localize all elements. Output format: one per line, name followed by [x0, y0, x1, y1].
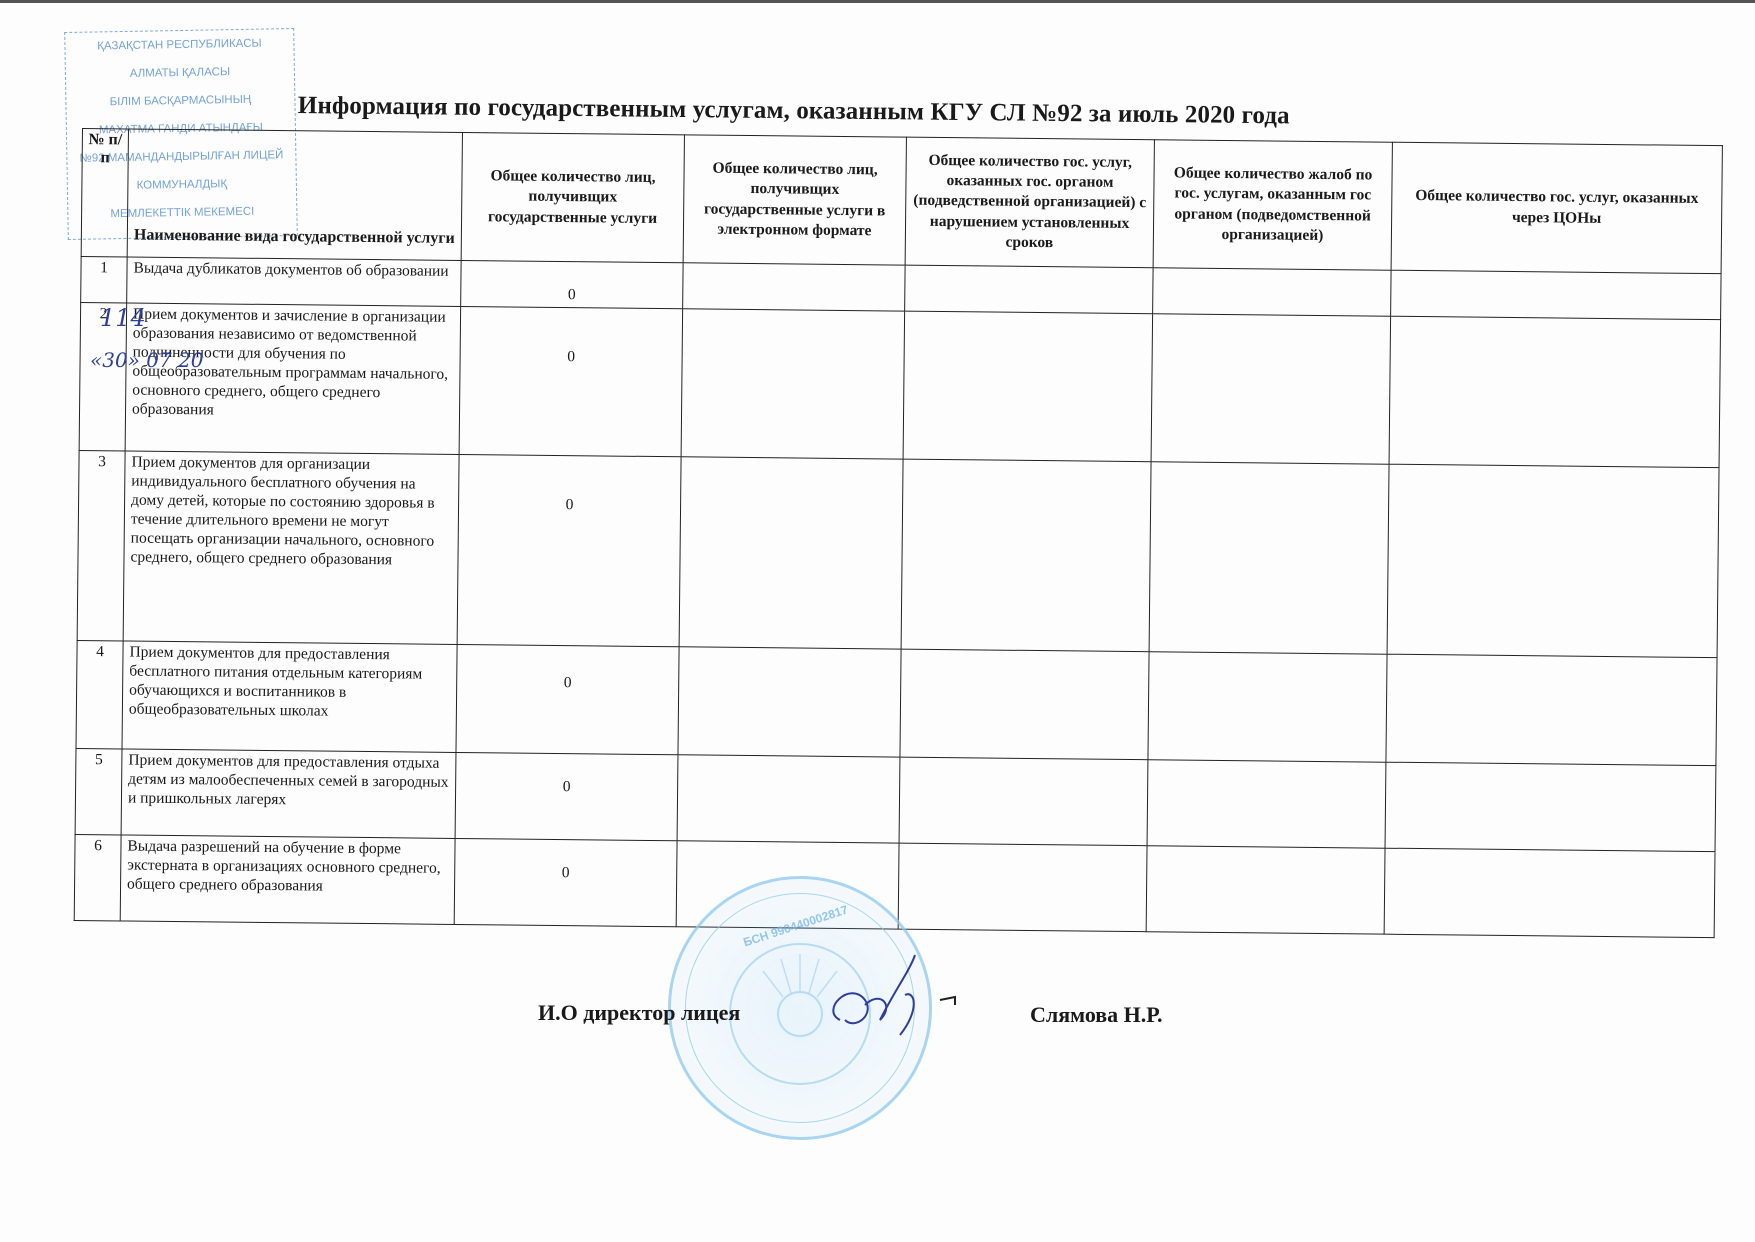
- tson-count: [1391, 270, 1721, 319]
- violations-count: [900, 649, 1149, 760]
- row-number: 1: [81, 256, 127, 302]
- column-header-violations: Общее количество гос. услуг, оказанных г…: [905, 137, 1154, 268]
- electronic-count: [677, 755, 900, 843]
- column-header-service-name: Наименование вида государственной услуги: [127, 129, 462, 260]
- service-name: Прием документов и зачисление в организа…: [125, 303, 461, 454]
- tson-count: [1385, 762, 1716, 851]
- violations-count: [899, 757, 1148, 846]
- electronic-count: [679, 457, 903, 649]
- signature-icon: [820, 950, 970, 1050]
- row-number: 4: [76, 640, 123, 748]
- service-name: Выдача дубликатов документов об образова…: [127, 257, 461, 306]
- seal-bin-text: БСН 990440002817: [742, 902, 850, 949]
- row-number: 6: [74, 834, 121, 920]
- complaints-count: [1149, 462, 1389, 654]
- service-name: Прием документов для предоставления отды…: [121, 749, 456, 838]
- stamp-line: БІЛІМ БАСҚАРМАСЫНЫҢ: [66, 93, 294, 109]
- column-header-electronic: Общее количество лиц, получивщих государ…: [683, 135, 906, 265]
- complaints-count: [1147, 760, 1386, 848]
- column-header-recipients: Общее количество лиц, получивщих государ…: [461, 132, 684, 262]
- service-name: Прием документов для предоставления бесп…: [122, 641, 457, 752]
- services-table: № п/п Наименование вида государственной …: [74, 128, 1722, 938]
- stamp-line: АЛМАТЫ ҚАЛАСЫ: [66, 65, 294, 81]
- tson-count: [1387, 464, 1719, 657]
- service-name: Выдача разрешений на обучение в форме эк…: [120, 835, 455, 924]
- table-row: 4 Прием документов для предоставления бе…: [76, 640, 1717, 765]
- table-row: 3 Прием документов для организации индив…: [77, 450, 1719, 657]
- table-row: 2 Прием документов и зачисление в органи…: [79, 302, 1720, 467]
- complaints-count: [1151, 314, 1391, 464]
- recipients-count: 0: [459, 306, 683, 456]
- recipients-count: 0: [457, 454, 681, 646]
- violations-count: [901, 459, 1151, 652]
- service-name: Прием документов для организации индивид…: [123, 451, 459, 644]
- column-header-complaints: Общее количество жалоб по гос. услугам, …: [1153, 140, 1392, 270]
- complaints-count: [1153, 268, 1391, 316]
- document-title: Информация по государственным услугам, о…: [298, 92, 1290, 130]
- stamp-line: ҚАЗАҚСТАН РЕСПУБЛИКАСЫ: [65, 37, 293, 53]
- row-number: 5: [75, 748, 122, 834]
- recipients-count: 0: [456, 644, 679, 754]
- violations-count: [898, 843, 1147, 932]
- violations-count: [905, 265, 1153, 314]
- complaints-count: [1148, 652, 1387, 762]
- tson-count: [1384, 848, 1715, 937]
- signatory-name: Слямова Н.Р.: [1030, 1002, 1162, 1028]
- electronic-count: [681, 309, 905, 459]
- electronic-count: [678, 647, 901, 757]
- handwritten-date: «30» 07 20: [90, 348, 204, 372]
- handwritten-registration-number: 114: [100, 304, 146, 332]
- violations-count: [903, 311, 1153, 462]
- signatory-position: И.О директор лицея: [538, 1000, 740, 1026]
- scan-edge-line: [0, 0, 1755, 3]
- recipients-count: 0: [454, 838, 677, 926]
- table-header-row: № п/п Наименование вида государственной …: [81, 129, 1722, 274]
- complaints-count: [1146, 846, 1385, 934]
- column-header-number: № п/п: [81, 129, 128, 257]
- column-header-tson: Общее количество гос. услуг, оказанных ч…: [1391, 142, 1722, 273]
- row-number: 3: [77, 450, 125, 640]
- recipients-count: 0: [461, 260, 683, 308]
- tson-count: [1389, 316, 1721, 467]
- recipients-count: 0: [455, 752, 678, 840]
- tson-count: [1386, 654, 1717, 765]
- electronic-count: [683, 263, 905, 311]
